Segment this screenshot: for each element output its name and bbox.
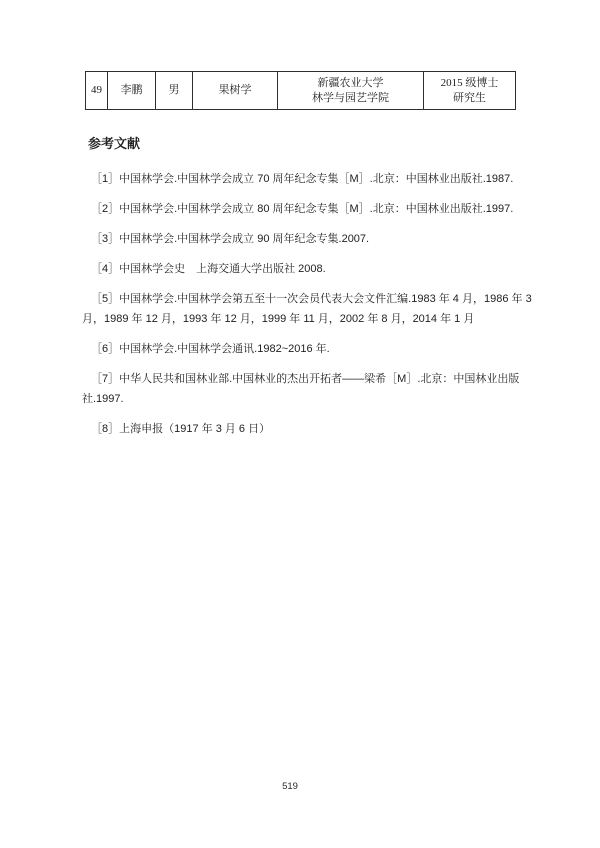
table-cell-gender: 男 xyxy=(155,72,192,109)
table-cell-major: 果树学 xyxy=(192,72,277,109)
reference-item-3: ［3］中国林学会.中国林学会成立 90 周年纪念专集.2007. xyxy=(82,229,518,249)
references-heading: 参考文献 xyxy=(82,135,518,153)
reference-item-5: ［5］中国林学会.中国林学会第五至十一次会员代表大会文件汇编.1983 年 4 … xyxy=(82,289,518,329)
reference-text: ［8］上海申报（1917 年 3 月 6 日） xyxy=(82,419,518,439)
reference-item-4: ［4］中国林学会史 上海交通大学出版社 2008. xyxy=(82,259,518,279)
reference-text: ［4］中国林学会史 上海交通大学出版社 2008. xyxy=(82,259,518,279)
reference-item-8: ［8］上海申报（1917 年 3 月 6 日） xyxy=(82,419,518,439)
table-cell-grade: 2015 级博士 研究生 xyxy=(423,72,515,109)
table-cell-institution: 新疆农业大学 林学与园艺学院 xyxy=(277,72,423,109)
reference-text: 社.1997. xyxy=(82,389,518,409)
reference-item-1: ［1］中国林学会.中国林学会成立 70 周年纪念专集［M］.北京：中国林业出版社… xyxy=(82,169,518,189)
reference-text: ［3］中国林学会.中国林学会成立 90 周年纪念专集.2007. xyxy=(82,229,518,249)
reference-item-2: ［2］中国林学会.中国林学会成立 80 周年纪念专集［M］.北京：中国林业出版社… xyxy=(82,199,518,219)
page-number: 519 xyxy=(0,781,580,792)
reference-item-6: ［6］中国林学会.中国林学会通讯.1982~2016 年. xyxy=(82,339,518,359)
reference-text: ［2］中国林学会.中国林学会成立 80 周年纪念专集［M］.北京：中国林业出版社… xyxy=(82,199,518,219)
document-page: 49 李鹏 男 果树学 新疆农业大学 林学与园艺学院 2015 级博士 研究生 … xyxy=(0,0,600,848)
references-section: 参考文献 ［1］中国林学会.中国林学会成立 70 周年纪念专集［M］.北京：中国… xyxy=(82,135,518,449)
member-table: 49 李鹏 男 果树学 新疆农业大学 林学与园艺学院 2015 级博士 研究生 xyxy=(85,71,516,110)
reference-text: ［7］中华人民共和国林业部.中国林业的杰出开拓者——梁希［M］.北京：中国林业出… xyxy=(82,369,518,389)
reference-text: ［5］中国林学会.中国林学会第五至十一次会员代表大会文件汇编.1983 年 4 … xyxy=(82,289,518,309)
reference-item-7: ［7］中华人民共和国林业部.中国林业的杰出开拓者——梁希［M］.北京：中国林业出… xyxy=(82,369,518,409)
table-cell-name: 李鹏 xyxy=(107,72,155,109)
reference-text: ［1］中国林学会.中国林学会成立 70 周年纪念专集［M］.北京：中国林业出版社… xyxy=(82,169,518,189)
table-cell-number: 49 xyxy=(86,72,107,109)
reference-text: ［6］中国林学会.中国林学会通讯.1982~2016 年. xyxy=(82,339,518,359)
reference-text: 月，1989 年 12 月，1993 年 12 月，1999 年 11 月，20… xyxy=(82,309,518,329)
